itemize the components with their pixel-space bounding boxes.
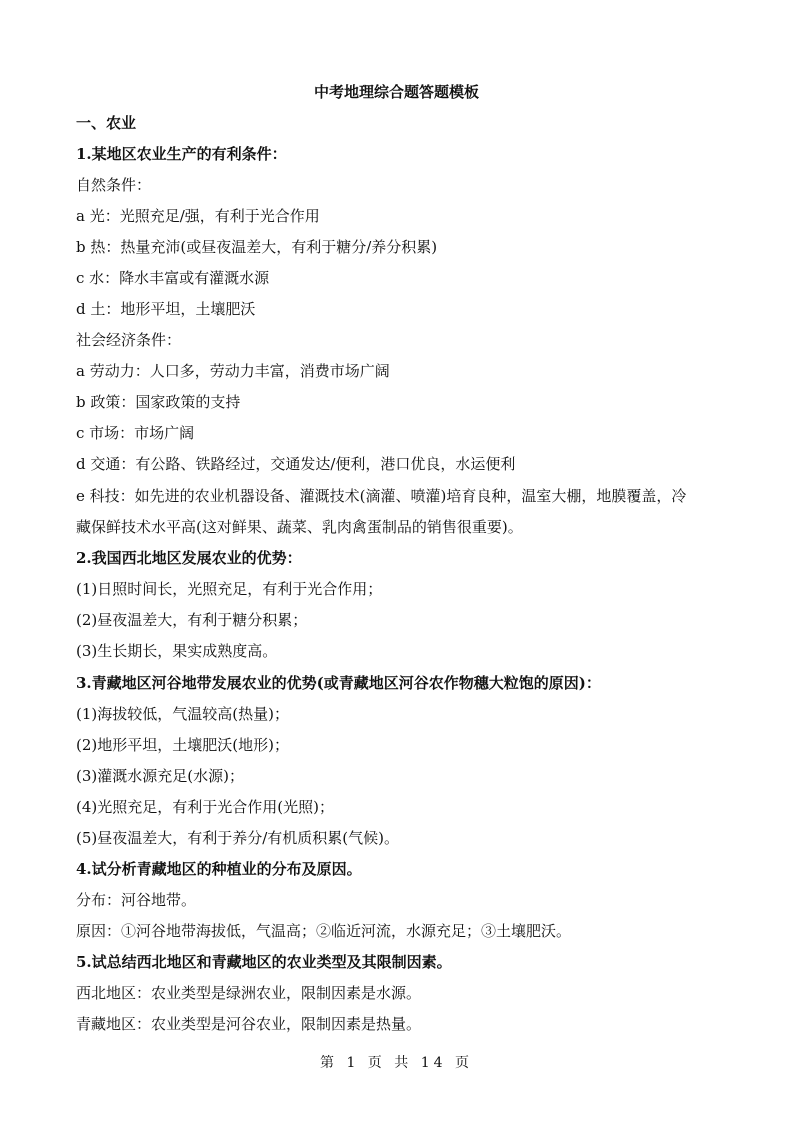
social-conditions-label: 社会经济条件： [76,330,181,350]
page-footer: 第 1 页 共 14 页 [0,1052,793,1072]
question-5-heading: 5.试总结西北地区和青藏地区的农业类型及其限制因素。 [76,952,452,972]
natural-item-soil: d 土：地形平坦，土壤肥沃 [76,299,255,319]
question-1-heading: 1.某地区农业生产的有利条件： [76,144,287,164]
q3-item: (2)地形平坦，土壤肥沃(地形)； [76,735,289,755]
social-item-policy: b 政策：国家政策的支持 [76,392,240,412]
q2-item: (3)生长期长，果实成熟度高。 [76,641,277,661]
social-item-transport: d 交通：有公路、铁路经过，交通发达/便利，港口优良，水运便利 [76,454,515,474]
q2-item: (1)日照时间长，光照充足，有利于光合作用； [76,579,382,599]
q3-item: (4)光照充足，有利于光合作用(光照)； [76,797,334,817]
q4-item: 分布：河谷地带。 [76,890,196,910]
question-2-heading: 2.我国西北地区发展农业的优势： [76,548,302,568]
social-item-labor: a 劳动力：人口多，劳动力丰富，消费市场广阔 [76,361,390,381]
natural-conditions-label: 自然条件： [76,175,151,195]
q5-item: 青藏地区：农业类型是河谷农业，限制因素是热量。 [76,1014,421,1034]
q2-item: (2)昼夜温差大，有利于糖分积累； [76,610,307,630]
document-page: 中考地理综合题答题模板 一、农业 1.某地区农业生产的有利条件： 自然条件： a… [0,0,793,1122]
q3-item: (5)昼夜温差大，有利于养分/有机质积累(气候)。 [76,828,399,848]
natural-item-water: c 水：降水丰富或有灌溉水源 [76,268,269,288]
section-heading-agriculture: 一、农业 [76,113,136,133]
q3-item: (3)灌溉水源充足(水源)； [76,766,244,786]
social-item-technology-cont: 藏保鲜技术水平高(这对鲜果、蔬菜、乳肉禽蛋制品的销售很重要)。 [76,517,523,537]
natural-item-light: a 光：光照充足/强，有利于光合作用 [76,206,320,226]
natural-item-heat: b 热：热量充沛(或昼夜温差大，有利于糖分/养分积累) [76,237,437,257]
question-4-heading: 4.试分析青藏地区的种植业的分布及原因。 [76,859,362,879]
question-3-heading: 3.青藏地区河谷地带发展农业的优势(或青藏地区河谷农作物穗大粒饱的原因)： [76,673,601,693]
q3-item: (1)海拔较低，气温较高(热量)； [76,704,289,724]
q5-item: 西北地区：农业类型是绿洲农业，限制因素是水源。 [76,983,421,1003]
q4-item: 原因：①河谷地带海拔低，气温高；②临近河流，水源充足；③土壤肥沃。 [76,921,571,941]
social-item-market: c 市场：市场广阔 [76,423,194,443]
social-item-technology: e 科技：如先进的农业机器设备、灌溉技术(滴灌、喷灌)培育良种，温室大棚，地膜覆… [76,486,686,506]
document-title: 中考地理综合题答题模板 [0,81,793,102]
